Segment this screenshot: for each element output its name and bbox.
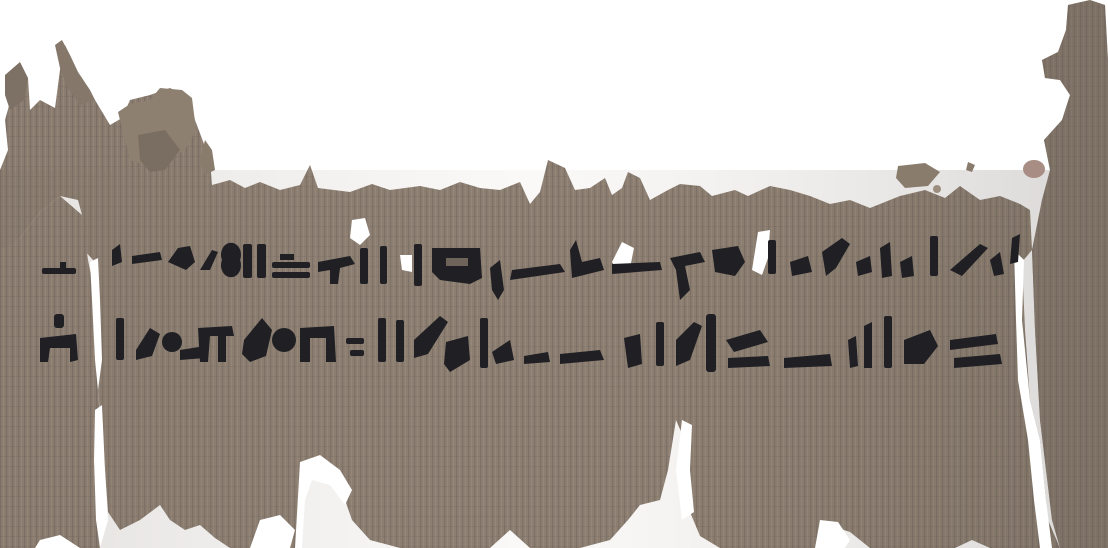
papyrus-photo	[0, 0, 1108, 548]
